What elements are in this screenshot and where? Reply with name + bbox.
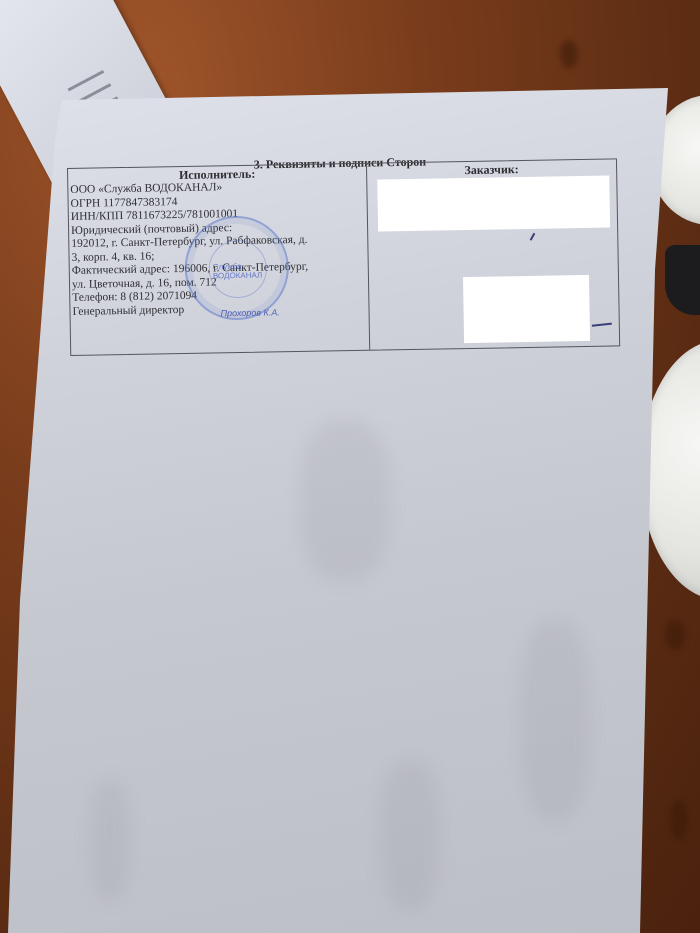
paper-fold xyxy=(520,620,590,820)
paper-fold xyxy=(300,420,390,580)
executor-column: Исполнитель: ООО «Служба ВОДОКАНАЛ» ОГРН… xyxy=(68,164,370,355)
pen-mark xyxy=(530,233,535,241)
stamp-text: Служба ВОДОКАНАЛ xyxy=(213,261,287,280)
black-object xyxy=(665,245,700,315)
wood-knot xyxy=(560,40,578,68)
document-page xyxy=(0,0,700,933)
director-signature: Прохоров К.А. xyxy=(220,307,279,318)
paper-fold xyxy=(90,780,130,900)
wood-knot xyxy=(665,620,685,650)
wood-knot xyxy=(670,800,688,840)
redacted-customer-details xyxy=(377,176,610,232)
customer-column: Заказчик: xyxy=(367,159,619,349)
pen-mark xyxy=(592,323,612,327)
paper-fold xyxy=(380,760,440,910)
signatures-table: Исполнитель: ООО «Служба ВОДОКАНАЛ» ОГРН… xyxy=(67,158,620,356)
redacted-customer-signature xyxy=(463,275,590,343)
